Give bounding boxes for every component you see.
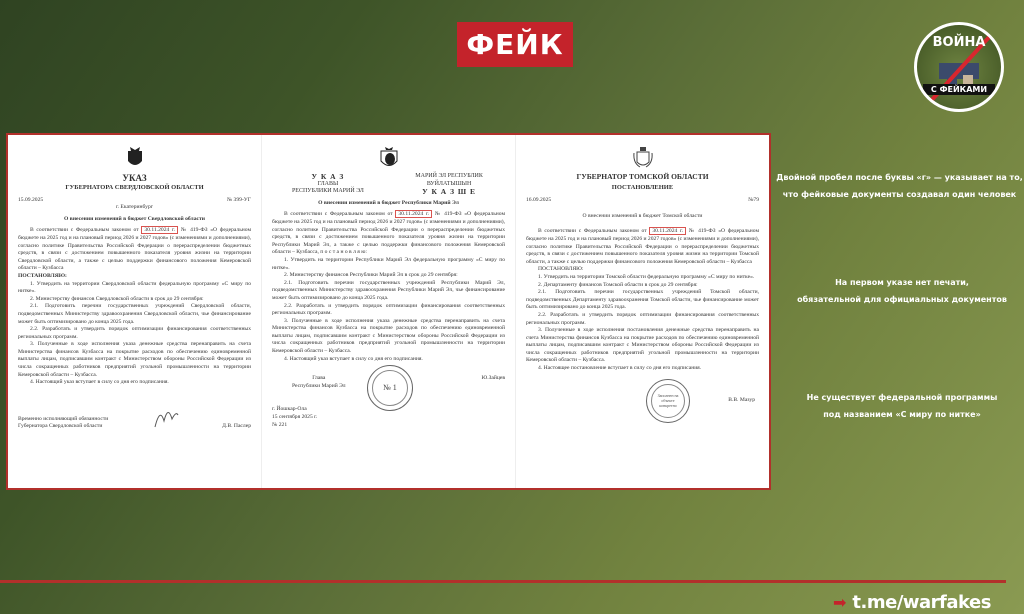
coat-of-arms-icon [124, 145, 146, 171]
doc-item: 1. Утвердить на территории Свердловской … [18, 281, 251, 296]
doc-subtitle-right: У К А З Ш Е [393, 188, 505, 196]
signer-name: В.В. Мазур [728, 397, 755, 405]
documents-panel: УКАЗ ГУБЕРНАТОРА СВЕРДЛОВСКОЙ ОБЛАСТИ 15… [6, 133, 771, 490]
doc-title-right: МАРИЙ ЭЛ РЕСПУБЛИК [393, 173, 505, 181]
annotation-no-program: Не существует федеральной программыпод н… [780, 389, 1024, 423]
doc-item: 2. Департаменту финансов Томской области… [526, 282, 759, 290]
signature-icon [150, 403, 180, 431]
doc-heading: О внесении изменений в бюджет Томской об… [526, 213, 759, 221]
official-seal: Заполнен на объекте конкретно [646, 379, 690, 423]
war-on-fakes-logo: ВОЙНА С ФЕЙКАМИ [914, 22, 1004, 112]
doc-city: г. Екатеринбург [18, 204, 251, 212]
doc-item: 1. Утвердить на территории Томской облас… [526, 274, 759, 282]
doc-number: № 399-УГ [227, 197, 251, 205]
doc-decree: ПОСТАНОВЛЯЮ: [18, 273, 251, 281]
document-sverdlovsk: УКАЗ ГУБЕРНАТОРА СВЕРДЛОВСКОЙ ОБЛАСТИ 15… [8, 135, 261, 488]
doc-item: 2.2. Разработать и утвердить порядок опт… [18, 326, 251, 341]
date-highlight: 30.11.2024 г. [649, 227, 686, 235]
signer-name: Ю.Зайцев [481, 375, 505, 390]
coat-of-arms-icon [378, 145, 400, 171]
annotation-no-seal: На первом указе нет печати,обязательной … [780, 274, 1024, 308]
doc-date: 16.09.2025 [526, 197, 551, 205]
doc-heading: О внесении изменений в бюджет Свердловск… [18, 216, 251, 224]
doc-title-left: У К А З [272, 173, 384, 181]
document-tomsk: ГУБЕРНАТОР ТОМСКОЙ ОБЛАСТИ ПОСТАНОВЛЕНИЕ… [515, 135, 769, 488]
doc-item: 3. Полученные в ходе исполнения указа де… [272, 318, 505, 356]
logo-bottom-text: С ФЕЙКАМИ [923, 84, 995, 95]
doc-item: 2.2. Разработать и утвердить порядок опт… [272, 303, 505, 318]
doc-decree: ПОСТАНОВЛЯЮ: [526, 266, 759, 274]
doc-date: 15.09.2025 [18, 197, 43, 205]
footer-divider [0, 580, 1006, 583]
doc-intro: В соответствии с Федеральным законом от … [272, 211, 505, 257]
doc-heading: О внесении изменений в бюджет Республики… [272, 200, 505, 208]
signer-title: ГлаваРеспублики Марий Эл [292, 375, 346, 390]
date-highlight: 30.11.2024 г. [395, 210, 432, 218]
doc-item: 3. Полученные в ходе исполнения постанов… [526, 327, 759, 365]
doc-subtitle-left: РЕСПУБЛИКИ МАРИЙ ЭЛ [272, 188, 384, 196]
telegram-link-text[interactable]: t.me/warfakes [852, 592, 991, 613]
arrow-right-icon: ➡ [833, 595, 846, 611]
doc-item: 4. Настоящий указ вступает в силу со дня… [18, 379, 251, 387]
signer-name: Д.В. Паслер [222, 423, 251, 431]
doc-item: 2. Министерству финансов Республики Мари… [272, 272, 505, 280]
doc-title: УКАЗ [18, 173, 251, 184]
coat-of-arms-icon [632, 145, 654, 171]
doc-item: 2.2. Разработать и утвердить порядок опт… [526, 312, 759, 327]
logo-top-text: ВОЙНА [917, 35, 1001, 50]
doc-title: ГУБЕРНАТОР ТОМСКОЙ ОБЛАСТИ [526, 173, 759, 181]
doc-intro: В соответствии с Федеральным законом от … [526, 228, 759, 266]
doc-number: №79 [748, 197, 759, 205]
doc-item: 1. Утвердить на территории Республики Ма… [272, 257, 505, 272]
annotation-double-space: Двойной пробел после буквы «г» — указыва… [775, 169, 1024, 203]
document-mari-el: У К А З ГЛАВЫ РЕСПУБЛИКИ МАРИЙ ЭЛ МАРИЙ … [261, 135, 515, 488]
doc-item: 4. Настоящий указ вступает в силу со дня… [272, 356, 505, 364]
doc-item: 2.1. Подготовить перечни государственных… [526, 289, 759, 312]
doc-item: 2.1. Подготовить перечни государственных… [18, 303, 251, 326]
doc-item: 3. Полученные в ходе исполнения указа де… [18, 341, 251, 379]
telegram-link[interactable]: ➡ t.me/warfakes [833, 592, 991, 613]
doc-subtitle: ГУБЕРНАТОРА СВЕРДЛОВСКОЙ ОБЛАСТИ [18, 184, 251, 192]
signer-title: Временно исполняющий обязанностиГубернат… [18, 416, 108, 431]
doc-item: 2.1. Подготовить перечни государственных… [272, 280, 505, 303]
fake-badge: ФЕЙК [457, 22, 573, 67]
date-highlight: 30.11.2024 г. [141, 226, 178, 234]
doc-subtitle: ПОСТАНОВЛЕНИЕ [526, 184, 759, 192]
doc-item: 4. Настоящее постановление вступает в си… [526, 365, 759, 373]
official-seal: № 1 [367, 365, 413, 411]
doc-intro: В соответствии с Федеральным законом от … [18, 227, 251, 273]
